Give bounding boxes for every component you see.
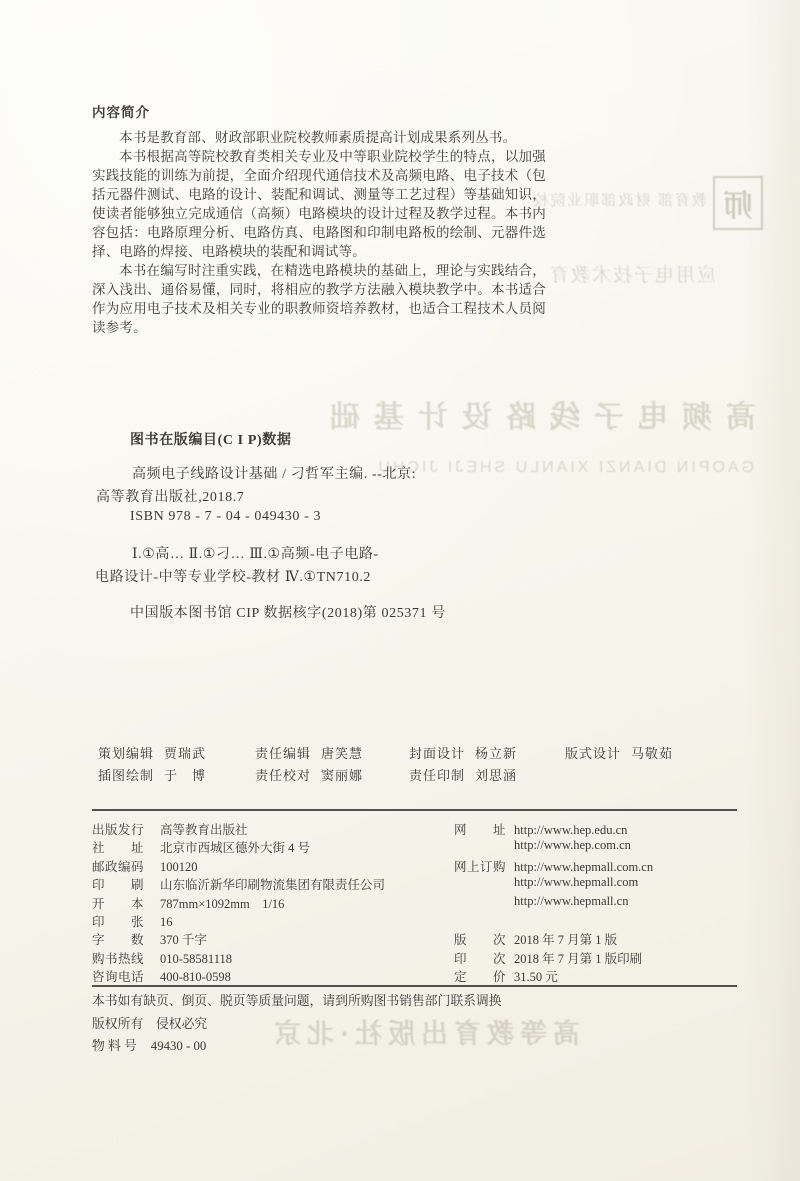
colophon-value: 2018 年 7 月第 1 版印刷 <box>514 952 642 966</box>
colophon-label: 出版发行 <box>92 820 145 838</box>
credit-name: 马敬茹 <box>631 746 673 761</box>
colophon-row: 定 价31.50 元 <box>454 967 653 985</box>
colophon-label: 邮政编码 <box>92 857 145 875</box>
colophon-value: 高等教育出版社 <box>160 823 248 837</box>
cip-classification-line: 电路设计-中等专业学校-教材 Ⅳ.①TN710.2 <box>95 566 371 586</box>
colophon-row: 开 本787mm×1092mm 1/16 <box>92 894 385 912</box>
cip-record-number: 中国版本图书馆 CIP 数据核字(2018)第 025371 号 <box>130 602 446 622</box>
item-number-value: 49430 - 00 <box>151 1039 206 1053</box>
credit-role: 插图绘制 <box>98 768 154 783</box>
colophon-row: 邮政编码100120 <box>92 857 385 875</box>
credit-name: 唐笑慧 <box>321 746 363 761</box>
colophon-label: 字 数 <box>92 930 145 948</box>
item-number-label: 物 料 号 <box>92 1039 137 1053</box>
credit-name: 于 博 <box>164 768 206 783</box>
colophon-label: 社 址 <box>92 838 145 856</box>
credit-name: 杨立新 <box>475 746 517 761</box>
credit-item: 插图绘制于 博 <box>98 765 206 784</box>
colophon-value: http://www.hep.edu.cn <box>514 823 627 837</box>
colophon-right-column: 网 址http://www.hep.edu.cn http://www.hep.… <box>454 820 653 986</box>
content-summary-paragraph: 本书根据高等院校教育类相关专业及中等职业院校学生的特点，以加强实践技能的训练为前… <box>92 147 546 261</box>
colophon-value: 010-58581118 <box>160 952 232 966</box>
credit-item: 责任校对窦丽娜 <box>255 765 363 784</box>
credits-row: 插图绘制于 博 责任校对窦丽娜 责任印制刘思涵 <box>92 765 792 785</box>
colophon-row: http://www.hepmall.cn <box>454 894 653 912</box>
copyright-notice: 版权所有 侵权必究 <box>92 1013 744 1036</box>
colophon-value: http://www.hepmall.cn <box>514 894 628 908</box>
colophon-row: 咨询电话400-810-0598 <box>92 967 385 985</box>
colophon-row <box>454 912 653 930</box>
quality-notice: 本书如有缺页、倒页、脱页等质量问题，请到所购图书销售部门联系调换 <box>92 990 744 1013</box>
content-summary-paragraph: 本书在编写时注重实践，在精选电路模块的基础上，理论与实践结合，深入浅出、通俗易懂… <box>92 261 546 337</box>
credit-item: 责任印制刘思涵 <box>409 765 517 784</box>
colophon-label: 版 次 <box>454 930 507 948</box>
colophon-row: http://www.hep.com.cn <box>454 838 653 856</box>
credit-role: 策划编辑 <box>98 746 154 761</box>
colophon-value: http://www.hepmall.com.cn <box>514 860 653 874</box>
credit-name: 刘思涵 <box>475 768 517 783</box>
colophon-row: 印 张16 <box>92 912 385 930</box>
showthrough-book-title: 高频电子线路设计基础 <box>286 392 756 436</box>
colophon-value: 山东临沂新华印刷物流集团有限责任公司 <box>160 878 385 892</box>
credit-role: 封面设计 <box>409 746 465 761</box>
credit-role: 版式设计 <box>565 746 621 761</box>
colophon-row: 出版发行高等教育出版社 <box>92 820 385 838</box>
colophon-row: 网 址http://www.hep.edu.cn <box>454 820 653 838</box>
credit-role: 责任校对 <box>255 768 311 783</box>
divider-rule <box>92 809 737 811</box>
colophon-value: 787mm×1092mm 1/16 <box>160 897 284 911</box>
item-number-line: 物 料 号49430 - 00 <box>92 1035 744 1058</box>
colophon-row: 印 次2018 年 7 月第 1 版印刷 <box>454 949 653 967</box>
credit-name: 窦丽娜 <box>321 768 363 783</box>
colophon-value: http://www.hepmall.com <box>514 875 638 889</box>
cip-heading: 图书在版编目(C I P)数据 <box>130 429 291 449</box>
colophon-label: 网上订购 <box>454 857 507 875</box>
content-summary-paragraph: 本书是教育部、财政部职业院校教师素质提高计划成果系列丛书。 <box>92 128 546 147</box>
colophon-left-column: 出版发行高等教育出版社 社 址北京市西城区德外大街 4 号 邮政编码100120… <box>92 820 385 986</box>
credit-item: 封面设计杨立新 <box>409 743 517 762</box>
cip-title-line: 高频电子线路设计基础 / 刁哲军主编. --北京: <box>132 463 416 483</box>
credit-item: 责任编辑唐笑慧 <box>255 743 363 762</box>
credit-role: 责任编辑 <box>255 746 311 761</box>
colophon-value: 2018 年 7 月第 1 版 <box>514 933 617 947</box>
colophon-label: 咨询电话 <box>92 967 145 985</box>
copyright-page: 教育部 财政部职业院校 师 应用电子技术教育 高频电子线路设计基础 GAOPIN… <box>0 0 800 1181</box>
credits-row: 策划编辑贾瑞武 责任编辑唐笑慧 封面设计杨立新 版式设计马敬茹 <box>92 743 792 763</box>
cip-isbn: ISBN 978 - 7 - 04 - 049430 - 3 <box>130 509 321 525</box>
colophon-row: 印 刷山东临沂新华印刷物流集团有限责任公司 <box>92 875 385 893</box>
cip-publisher-line: 高等教育出版社,2018.7 <box>96 486 244 506</box>
series-seal-logo-icon: 师 <box>713 176 763 230</box>
credit-item: 策划编辑贾瑞武 <box>98 743 206 762</box>
colophon-row: 社 址北京市西城区德外大街 4 号 <box>92 838 385 856</box>
colophon-row: 字 数370 千字 <box>92 930 385 948</box>
cip-classification-line: Ⅰ.①高… Ⅱ.①刁… Ⅲ.①高频-电子电路- <box>132 543 379 563</box>
showthrough-program-line: 应用电子技术教育 <box>538 260 716 287</box>
colophon-value: 370 千字 <box>160 933 207 947</box>
colophon-value: http://www.hep.com.cn <box>514 838 631 852</box>
colophon-label: 定 价 <box>454 967 507 985</box>
footer-section: 本书如有缺页、倒页、脱页等质量问题，请到所购图书销售部门联系调换 版权所有 侵权… <box>92 990 744 1058</box>
credit-role: 责任印制 <box>409 768 465 783</box>
credit-item: 版式设计马敬茹 <box>565 743 673 762</box>
colophon-value: 400-810-0598 <box>160 970 231 984</box>
colophon-row: 版 次2018 年 7 月第 1 版 <box>454 930 653 948</box>
showthrough-book-pinyin: GAOPIN DIANZI XIANLU SHEJI JICHU <box>398 459 754 477</box>
credit-name: 贾瑞武 <box>164 746 206 761</box>
content-summary-heading: 内容简介 <box>92 103 546 122</box>
colophon-value: 100120 <box>160 860 198 874</box>
colophon-label: 网 址 <box>454 820 507 838</box>
colophon-value: 北京市西城区德外大街 4 号 <box>160 841 310 855</box>
colophon-label: 印 次 <box>454 949 507 967</box>
colophon-label: 购书热线 <box>92 949 145 967</box>
colophon-label: 印 刷 <box>92 875 145 893</box>
colophon-row: 购书热线010-58581118 <box>92 949 385 967</box>
colophon-value: 31.50 元 <box>514 970 558 984</box>
colophon-label: 开 本 <box>92 894 145 912</box>
colophon-row: 网上订购http://www.hepmall.com.cn <box>454 857 653 875</box>
colophon-row: http://www.hepmall.com <box>454 875 653 893</box>
colophon-value: 16 <box>160 915 173 929</box>
colophon-label: 印 张 <box>92 912 145 930</box>
content-summary-section: 内容简介 本书是教育部、财政部职业院校教师素质提高计划成果系列丛书。 本书根据高… <box>92 103 546 337</box>
